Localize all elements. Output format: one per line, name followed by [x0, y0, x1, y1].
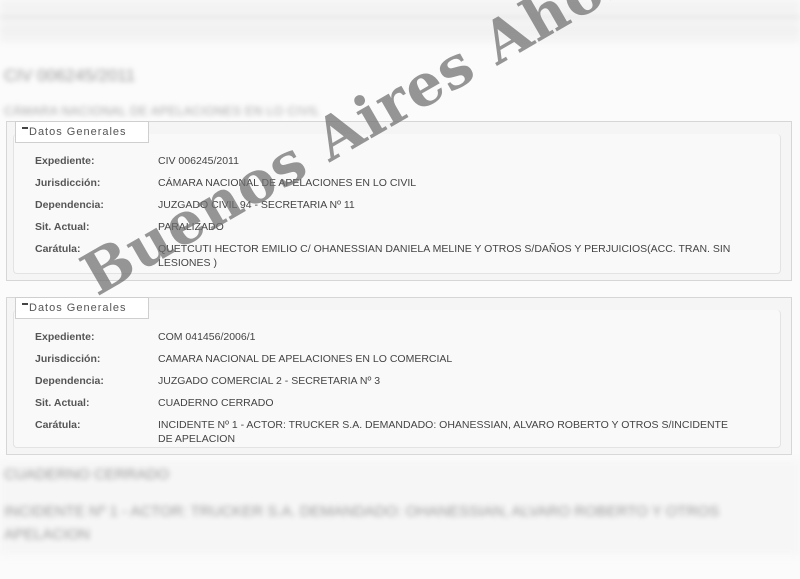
field-list: Expediente: CIV 006245/2011 Jurisdicción…: [35, 154, 771, 278]
field-label: Expediente:: [35, 154, 158, 168]
field-value: JUZGADO COMERCIAL 2 - SECRETARIA Nº 3: [158, 374, 380, 388]
field-label: Jurisdicción:: [35, 352, 158, 366]
blurred-status: CUADERNO CERRADO: [4, 466, 169, 483]
collapse-icon[interactable]: [22, 127, 28, 129]
blurred-header: [0, 0, 800, 42]
field-value: CUADERNO CERRADO: [158, 396, 274, 410]
field-expediente: Expediente: CIV 006245/2011: [35, 154, 771, 168]
field-label: Sit. Actual:: [35, 220, 158, 234]
field-jurisdiccion: Jurisdicción: CÁMARA NACIONAL DE APELACI…: [35, 176, 771, 190]
field-label: Expediente:: [35, 330, 158, 344]
datos-generales-panel-2: Datos Generales Expediente: COM 041456/2…: [6, 297, 792, 455]
field-value: CAMARA NACIONAL DE APELACIONES EN LO COM…: [158, 352, 452, 366]
field-caratula: Carátula: QUETCUTI HECTOR EMILIO C/ OHAN…: [35, 242, 771, 270]
field-jurisdiccion: Jurisdicción: CAMARA NACIONAL DE APELACI…: [35, 352, 771, 366]
field-label: Carátula:: [35, 242, 158, 270]
blurred-caratula: INCIDENTE Nº 1 - ACTOR: TRUCKER S.A. DEM…: [4, 503, 719, 520]
datos-generales-panel-1: Datos Generales Expediente: CIV 006245/2…: [6, 121, 792, 281]
field-caratula: Carátula: INCIDENTE Nº 1 - ACTOR: TRUCKE…: [35, 418, 771, 446]
field-label: Dependencia:: [35, 198, 158, 212]
field-value: CIV 006245/2011: [158, 154, 239, 168]
field-value: CÁMARA NACIONAL DE APELACIONES EN LO CIV…: [158, 176, 416, 190]
field-dependencia: Dependencia: JUZGADO COMERCIAL 2 - SECRE…: [35, 374, 771, 388]
field-label: Dependencia:: [35, 374, 158, 388]
blurred-subtitle: CÁMARA NACIONAL DE APELACIONES EN LO CIV…: [4, 104, 320, 118]
blurred-title: CIV 006245/2011: [4, 66, 135, 86]
field-label: Carátula:: [35, 418, 158, 446]
panel-legend-toggle[interactable]: Datos Generales: [15, 297, 149, 319]
divider: [0, 16, 800, 18]
field-value: QUETCUTI HECTOR EMILIO C/ OHANESSIAN DAN…: [158, 242, 738, 270]
page: CIV 006245/2011 CÁMARA NACIONAL DE APELA…: [0, 0, 800, 579]
blurred-caratula-cont: APELACION: [4, 526, 90, 543]
field-expediente: Expediente: COM 041456/2006/1: [35, 330, 771, 344]
legend-label: Datos Generales: [29, 126, 127, 138]
collapse-icon[interactable]: [22, 303, 28, 305]
field-value: PARALIZADO: [158, 220, 224, 234]
field-value: JUZGADO CIVIL 94 - SECRETARIA Nº 11: [158, 198, 355, 212]
divider: [0, 30, 800, 31]
panel-legend-toggle[interactable]: Datos Generales: [15, 121, 149, 143]
legend-label: Datos Generales: [29, 302, 127, 314]
field-dependencia: Dependencia: JUZGADO CIVIL 94 - SECRETAR…: [35, 198, 771, 212]
field-sit-actual: Sit. Actual: CUADERNO CERRADO: [35, 396, 771, 410]
field-label: Sit. Actual:: [35, 396, 158, 410]
field-value: INCIDENTE Nº 1 - ACTOR: TRUCKER S.A. DEM…: [158, 418, 738, 446]
field-list: Expediente: COM 041456/2006/1 Jurisdicci…: [35, 330, 771, 454]
field-label: Jurisdicción:: [35, 176, 158, 190]
field-sit-actual: Sit. Actual: PARALIZADO: [35, 220, 771, 234]
field-value: COM 041456/2006/1: [158, 330, 255, 344]
